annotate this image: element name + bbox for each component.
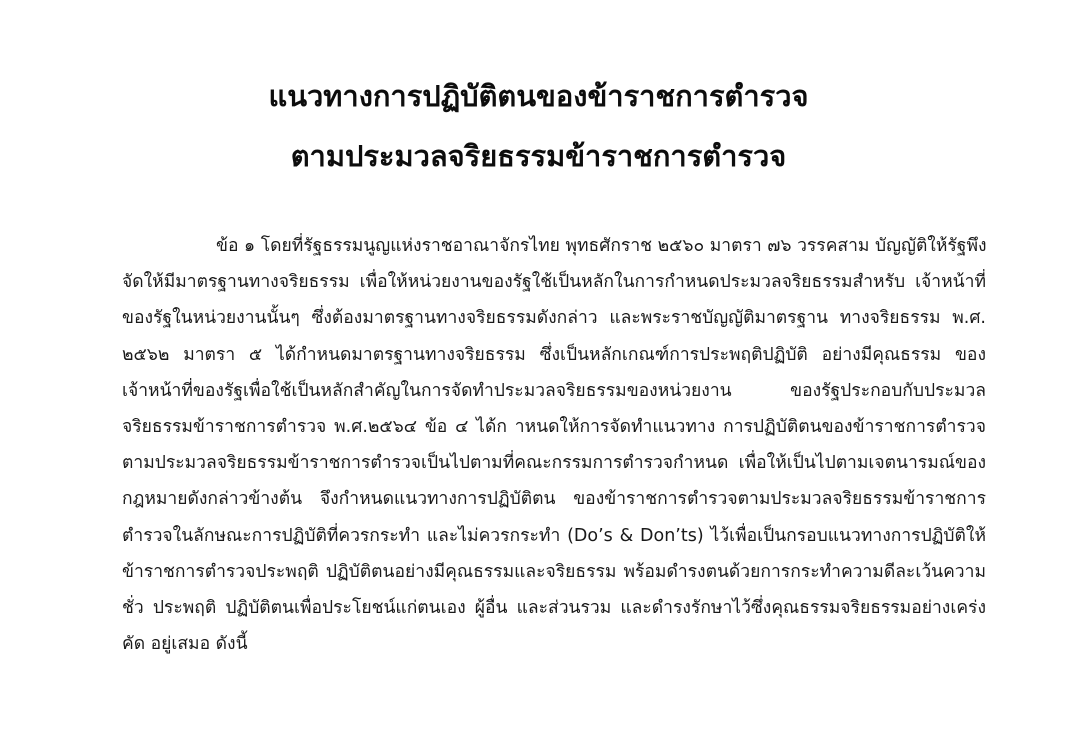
document-title: แนวทางการปฏิบัติตนของข้าราชการตำรวจ ตามป… [0,66,1077,186]
paragraph-line: ชั่ว ประพฤติ ปฏิบัติตนเพื่อประโยชน์แก่ตน… [122,590,986,626]
paragraph-line: จริยธรรมข้าราชการตำรวจ พ.ศ.๒๕๖๔ ข้อ ๔ ได… [122,409,986,445]
paragraph-line: ตามประมวลจริยธรรมข้าราชการตำรวจเป็นไปตาม… [122,445,986,481]
paragraph-line: ๒๕๖๒ มาตรา ๕ ได้กำหนดมาตรฐานทางจริยธรรม … [122,337,986,373]
title-line-2: ตามประมวลจริยธรรมข้าราชการตำรวจ [0,126,1077,186]
paragraph-line-last: คัด อยู่เสมอ ดังนี้ [122,626,986,662]
paragraph-line: ตำรวจในลักษณะการปฏิบัติที่ควรกระทำ และไม… [122,518,986,554]
document-page: แนวทางการปฏิบัติตนของข้าราชการตำรวจ ตามป… [0,0,1077,729]
paragraph-line: ข้อ ๑ โดยที่รัฐธรรมนูญแห่งราชอาณาจักรไทย… [122,228,986,264]
paragraph-line: จัดให้มีมาตรฐานทางจริยธรรม เพื่อให้หน่วย… [122,264,986,300]
paragraph-line: ข้าราชการตำรวจประพฤติ ปฏิบัติตนอย่างมีคุ… [122,554,986,590]
paragraph-line: ของรัฐในหน่วยงานนั้นๆ ซึ่งต้องมาตรฐานทาง… [122,300,986,336]
paragraph-line: เจ้าหน้าที่ของรัฐเพื่อใช้เป็นหลักสำคัญใน… [122,373,986,409]
paragraph-line: กฎหมายดังกล่าวข้างต้น จึงกำหนดแนวทางการป… [122,481,986,517]
body-paragraph: ข้อ ๑ โดยที่รัฐธรรมนูญแห่งราชอาณาจักรไทย… [122,228,986,662]
title-line-1: แนวทางการปฏิบัติตนของข้าราชการตำรวจ [0,66,1077,126]
